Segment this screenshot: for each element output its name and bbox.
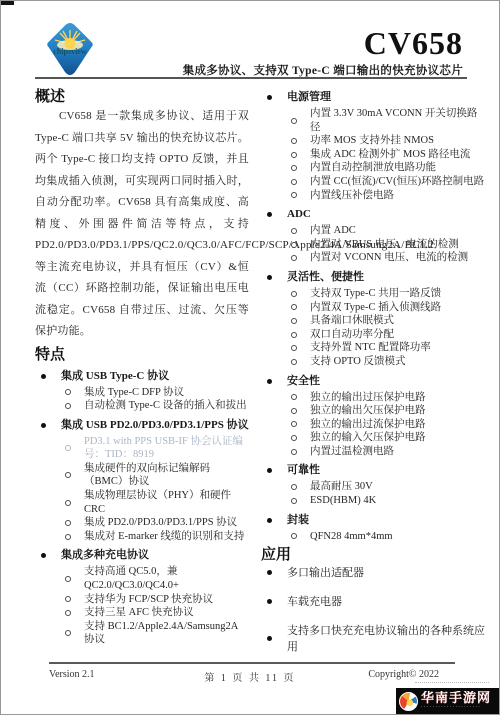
bullet-item: 内置 CC(恒流)/CV(恒压)环路控制电路 [291, 175, 487, 189]
bullet-item: 内置对 VCONN 电压、电流的检测 [291, 251, 487, 265]
watermark-box: 华南手游网 ····················· [396, 688, 499, 714]
bullet-group-header: 集成 USB PD2.0/PD3.0/PD3.1/PPS 协议 [35, 418, 249, 433]
bullet-item-text: 支持 BC1.2/Apple2.4A/Samsung2A 协议 [84, 620, 249, 647]
bullet-item-text: 内置对 VBUS 电压、电流的检测 [310, 238, 459, 252]
bullet-item-text: 集成物理层协议（PHY）和硬件 CRC [84, 489, 249, 516]
bullet-item: 支持 BC1.2/Apple2.4A/Samsung2A 协议 [65, 620, 249, 647]
bullet-item-text: 支持外置 NTC 配置降功率 [310, 341, 431, 355]
bullet-item-text: 内置自动控制泄放电路功能 [310, 161, 436, 175]
features-list: 集成 USB Type-C 协议集成 Type-C DFP 协议自动检测 Typ… [35, 369, 249, 648]
sub-bullet-icon [291, 332, 297, 338]
bullet-item-text: 内置线压补偿电路 [310, 189, 394, 203]
footer-copyright: Copyright© 2022 [368, 669, 439, 680]
bullet-item-text: ESD(HBM) 4K [310, 494, 376, 508]
bullet-item-text: 内置对 VCONN 电压、电流的检测 [310, 251, 468, 265]
bullet-icon [267, 636, 272, 641]
specs-list: 电源管理内置 3.3V 30mA VCONN 开关切换路径功率 MOS 支持外挂… [261, 90, 487, 543]
sub-bullet-icon [65, 576, 71, 582]
bullet-icon [267, 379, 272, 384]
sub-bullet-icon [291, 345, 297, 351]
sub-bullet-icon [291, 498, 297, 504]
watermark: 华南手游网 ····················· [393, 681, 499, 714]
bullet-item-text: 功率 MOS 支持外挂 NMOS [310, 134, 434, 148]
sub-bullet-icon [65, 389, 71, 395]
watermark-swirl-icon [399, 692, 418, 711]
sub-bullet-icon [291, 242, 297, 248]
bullet-item-text: 支持高通 QC5.0，兼 QC2.0/QC3.0/QC4.0+ [84, 565, 249, 592]
sub-bullet-icon [291, 165, 297, 171]
bullet-item: 内置过温检测电路 [291, 445, 487, 459]
header-divider [35, 77, 467, 79]
bullet-item-text: 内置 CC(恒流)/CV(恒压)环路控制电路 [310, 175, 484, 189]
scan-corner-mark [1, 1, 14, 5]
sub-bullet-icon [291, 118, 297, 124]
bullet-item-text: 具备端口休眠模式 [310, 314, 394, 328]
bullet-item: 内置对 VBUS 电压、电流的检测 [291, 238, 487, 252]
bullet-group-header: 安全性 [261, 374, 487, 389]
group-label: 电源管理 [287, 90, 331, 105]
bullet-item-text: 自动检测 Type-C 设备的插入和拔出 [84, 399, 247, 413]
bullet-item-text: 集成 ADC 检测外扩 MOS 路径电流 [310, 148, 470, 162]
datasheet-page: chipsview CV658 集成多协议、支持双 Type-C 端口输出的快充… [0, 0, 500, 715]
bullet-group: 电源管理内置 3.3V 30mA VCONN 开关切换路径功率 MOS 支持外挂… [261, 90, 487, 202]
bullet-group-header: 可靠性 [261, 463, 487, 478]
sub-bullet-icon [291, 484, 297, 490]
sub-bullet-icon [291, 192, 297, 198]
group-label: 灵活性、便捷性 [287, 270, 364, 285]
bullet-item-text: 集成 Type-C DFP 协议 [84, 386, 184, 400]
bullet-item: 支持华为 FCP/SCP 快充协议 [65, 593, 249, 607]
bullet-item-text: PD3.1 with PPS USB-IF 协会认证编号：TID：8919 [84, 435, 249, 462]
sub-bullet-icon [291, 318, 297, 324]
group-label: 集成多种充电协议 [61, 548, 149, 563]
bullet-item: 集成 Type-C DFP 协议 [65, 386, 249, 400]
bullet-icon [267, 275, 272, 280]
chipsview-logo-icon: chipsview [45, 22, 95, 76]
bullet-item: 最高耐压 30V [291, 480, 487, 494]
bullet-item: 内置双 Type-C 插入侦测线路 [291, 301, 487, 315]
bullet-group: ADC内置 ADC内置对 VBUS 电压、电流的检测内置对 VCONN 电压、电… [261, 207, 487, 265]
bullet-group: 灵活性、便捷性支持双 Type-C 共用一路反馈内置双 Type-C 插入侦测线… [261, 270, 487, 369]
bullet-item: 自动检测 Type-C 设备的插入和拔出 [65, 399, 249, 413]
sub-bullet-icon [65, 534, 71, 540]
bullet-item: 集成对 E-marker 线缆的识别和支持 [65, 530, 249, 544]
bullet-group-header: 集成 USB Type-C 协议 [35, 369, 249, 384]
bullet-icon [267, 599, 272, 604]
overview-paragraph: CV658 是一款集成多协议、适用于双 Type-C 端口共享 5V 输出的快充… [35, 106, 249, 343]
bullet-item-text: 支持华为 FCP/SCP 快充协议 [84, 593, 213, 607]
group-label: 集成 USB Type-C 协议 [61, 369, 169, 384]
bullet-group: 可靠性最高耐压 30VESD(HBM) 4K [261, 463, 487, 507]
bullet-icon [267, 212, 272, 217]
sub-bullet-icon [291, 394, 297, 400]
group-label: 封装 [287, 513, 309, 528]
bullet-icon [267, 95, 272, 100]
bullet-group-header: 电源管理 [261, 90, 487, 105]
bullet-item-text: 独立的输出过流保护电路 [310, 418, 426, 432]
bullet-item: 内置 ADC [291, 224, 487, 238]
sub-bullet-icon [65, 630, 71, 636]
bullet-item-text: 最高耐压 30V [310, 480, 373, 494]
bullet-item: 支持三星 AFC 快充协议 [65, 606, 249, 620]
bullet-item: 支持外置 NTC 配置降功率 [291, 341, 487, 355]
bullet-icon [267, 518, 272, 523]
bullet-group: 集成 USB Type-C 协议集成 Type-C DFP 协议自动检测 Typ… [35, 369, 249, 413]
bullet-icon [267, 570, 272, 575]
group-label: 可靠性 [287, 463, 320, 478]
bullet-item-text: 内置 ADC [310, 224, 356, 238]
bullet-item: 独立的输出过压保护电路 [291, 391, 487, 405]
bullet-item: 功率 MOS 支持外挂 NMOS [291, 134, 487, 148]
bullet-item: 集成物理层协议（PHY）和硬件 CRC [65, 489, 249, 516]
bullet-item-text: 独立的输出欠压保护电路 [310, 404, 426, 418]
bullet-item-text: 支持三星 AFC 快充协议 [84, 606, 194, 620]
bullet-item: 集成 ADC 检测外扩 MOS 路径电流 [291, 148, 487, 162]
bullet-item: 独立的输出欠压保护电路 [291, 404, 487, 418]
bullet-item: 内置自动控制泄放电路功能 [291, 161, 487, 175]
bullet-item: 支持 OPTO 反馈模式 [291, 355, 487, 369]
bullet-item: ESD(HBM) 4K [291, 494, 487, 508]
group-label: 安全性 [287, 374, 320, 389]
right-column: 电源管理内置 3.3V 30mA VCONN 开关切换路径功率 MOS 支持外挂… [261, 85, 487, 667]
applications-list: 多口输出适配器车载充电器支持多口快充充电协议输出的各种系统应用 [261, 564, 487, 654]
watermark-site-name: 华南手游网 [421, 691, 491, 705]
bullet-item-text: 内置双 Type-C 插入侦测线路 [310, 301, 441, 315]
sub-bullet-icon [65, 445, 71, 451]
sub-bullet-icon [291, 449, 297, 455]
bullet-item-text: 独立的输出过压保护电路 [310, 391, 426, 405]
sub-bullet-icon [291, 304, 297, 310]
sub-bullet-icon [65, 610, 71, 616]
watermark-url-text: ····················· [421, 705, 491, 711]
page-title: CV658 [364, 25, 463, 62]
main-content: 概述 CV658 是一款集成多协议、适用于双 Type-C 端口共享 5V 输出… [35, 85, 487, 667]
features-heading: 特点 [35, 343, 249, 364]
application-item-text: 支持多口快充充电协议输出的各种系统应用 [287, 622, 487, 654]
bullet-group: 封装QFN28 4mm*4mm [261, 513, 487, 544]
bullet-icon [41, 374, 46, 379]
applications-heading: 应用 [261, 543, 487, 564]
bullet-group-header: 集成多种充电协议 [35, 548, 249, 563]
bullet-item: 支持高通 QC5.0，兼 QC2.0/QC3.0/QC4.0+ [65, 565, 249, 592]
bullet-item-text: 集成对 E-marker 线缆的识别和支持 [84, 530, 244, 544]
left-column: 概述 CV658 是一款集成多协议、适用于双 Type-C 端口共享 5V 输出… [35, 85, 249, 667]
sub-bullet-icon [291, 435, 297, 441]
group-label: ADC [287, 207, 311, 222]
bullet-item-text: 集成 PD2.0/PD3.0/PD3.1/PPS 协议 [84, 516, 237, 530]
bullet-item: 具备端口休眠模式 [291, 314, 487, 328]
bullet-group: 集成多种充电协议支持高通 QC5.0，兼 QC2.0/QC3.0/QC4.0+支… [35, 548, 249, 647]
application-item-text: 车载充电器 [287, 593, 342, 609]
bullet-item-text: 独立的输入欠压保护电路 [310, 431, 426, 445]
sub-bullet-icon [65, 472, 71, 478]
footer-divider [49, 662, 455, 664]
bullet-group-header: 灵活性、便捷性 [261, 270, 487, 285]
bullet-group: 安全性独立的输出过压保护电路独立的输出欠压保护电路独立的输出过流保护电路独立的输… [261, 374, 487, 459]
application-item: 车载充电器 [261, 593, 487, 609]
bullet-item-text: QFN28 4mm*4mm [310, 530, 393, 544]
sub-bullet-icon [65, 500, 71, 506]
sub-bullet-icon [291, 421, 297, 427]
application-item: 多口输出适配器 [261, 564, 487, 580]
bullet-item: QFN28 4mm*4mm [291, 530, 487, 544]
sub-bullet-icon [291, 408, 297, 414]
bullet-item-text: 集成硬件的双向标记编解码（BMC）协议 [84, 462, 249, 489]
bullet-icon [41, 423, 46, 428]
bullet-item: 内置线压补偿电路 [291, 189, 487, 203]
bullet-item-text: 双口自动功率分配 [310, 328, 394, 342]
logo-text: chipsview [53, 47, 87, 56]
bullet-item-text: 内置 3.3V 30mA VCONN 开关切换路径 [310, 107, 487, 134]
group-label: 集成 USB PD2.0/PD3.0/PD3.1/PPS 协议 [61, 418, 249, 433]
bullet-item[interactable]: PD3.1 with PPS USB-IF 协会认证编号：TID：8919 [65, 435, 249, 462]
bullet-item: 集成硬件的双向标记编解码（BMC）协议 [65, 462, 249, 489]
document-subtitle: 集成多协议、支持双 Type-C 端口输出的快充协议芯片 [183, 62, 463, 78]
application-item: 支持多口快充充电协议输出的各种系统应用 [261, 622, 487, 654]
bullet-item: 独立的输出过流保护电路 [291, 418, 487, 432]
bullet-icon [267, 468, 272, 473]
bullet-item-text: 支持双 Type-C 共用一路反馈 [310, 287, 441, 301]
bullet-icon [41, 553, 46, 558]
sub-bullet-icon [291, 228, 297, 234]
bullet-item: 内置 3.3V 30mA VCONN 开关切换路径 [291, 107, 487, 134]
bullet-group-header: 封装 [261, 513, 487, 528]
bullet-item-text: 内置过温检测电路 [310, 445, 394, 459]
sub-bullet-icon [65, 403, 71, 409]
sub-bullet-icon [65, 596, 71, 602]
sub-bullet-icon [291, 291, 297, 297]
bullet-group-header: ADC [261, 207, 487, 222]
sub-bullet-icon [291, 138, 297, 144]
bullet-item: 支持双 Type-C 共用一路反馈 [291, 287, 487, 301]
sub-bullet-icon [291, 533, 297, 539]
bullet-item: 双口自动功率分配 [291, 328, 487, 342]
bullet-group: 集成 USB PD2.0/PD3.0/PD3.1/PPS 协议PD3.1 wit… [35, 418, 249, 544]
sub-bullet-icon [291, 179, 297, 185]
bullet-item: 独立的输入欠压保护电路 [291, 431, 487, 445]
overview-heading: 概述 [35, 85, 249, 106]
sub-bullet-icon [65, 520, 71, 526]
application-item-text: 多口输出适配器 [287, 564, 364, 580]
watermark-smudge-line [415, 682, 489, 683]
bullet-item-text: 支持 OPTO 反馈模式 [310, 355, 405, 369]
bullet-item: 集成 PD2.0/PD3.0/PD3.1/PPS 协议 [65, 516, 249, 530]
sub-bullet-icon [291, 152, 297, 158]
sub-bullet-icon [291, 359, 297, 365]
sub-bullet-icon [291, 255, 297, 261]
